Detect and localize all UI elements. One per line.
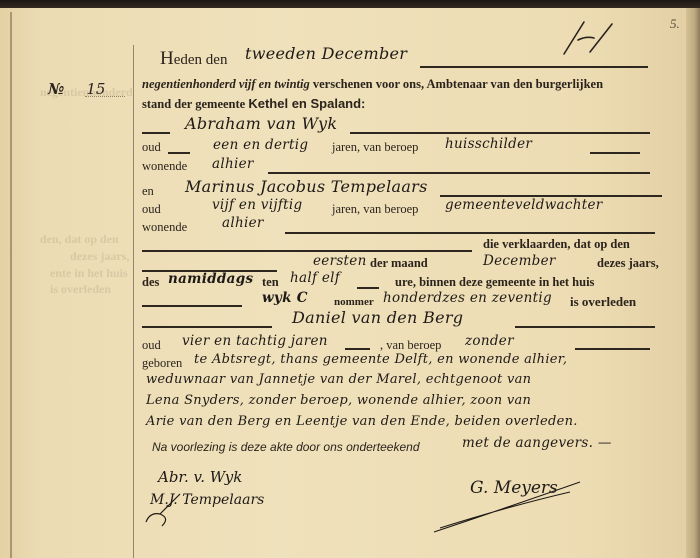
page-number: 5. [670,16,680,32]
handwritten-date: tweeden December [245,44,407,63]
jaren-beroep-label: jaren, van beroep [332,140,418,155]
deceased-occupation: zonder [465,333,514,349]
oud-label: oud [142,338,161,353]
jaren-beroep-label: jaren, van beroep [332,202,418,217]
deceased-age: vier en tachtig jaren [182,333,328,349]
fill-rule [575,348,650,350]
year-text: negentienhonderd vijf en twintig [142,77,310,91]
is-overleden-text: is overleden [570,294,636,310]
informant1-name: Abraham van Wyk [185,114,337,133]
stand-der-gemeente-text: stand der gemeente [142,97,245,111]
des-label: des [142,275,159,290]
ten-label: ten [262,275,279,290]
fill-rule [345,348,370,350]
wonende-label: wonende [142,220,187,235]
spouse-text: Lena Snyders, zonder beroep, wonende alh… [146,393,531,408]
informant1-residence: alhier [212,156,254,172]
line-heden-den: Heden den [160,48,227,70]
fill-rule [142,305,242,307]
bleed-through-text: ente in het huis [50,266,128,281]
number-sign-label: № [48,80,64,98]
bleed-through-text: dezes jaars, [70,249,129,264]
drop-initial: H [160,48,174,69]
marital-status-text: weduwnaar van Jannetje van der Marel, ec… [146,372,531,387]
signature-informant1: Abr. v. Wyk [158,468,242,486]
fill-rule [142,132,170,134]
van-beroep-label: , van beroep [380,338,441,353]
line-year: negentienhonderd vijf en twintig versche… [142,77,603,92]
death-day: eersten [313,253,367,269]
informant1-occupation: huisschilder [445,136,532,152]
dezes-jaars-label: dezes jaars, [597,256,659,271]
fill-rule [168,152,190,154]
geboren-label: geboren [142,356,182,371]
wonende-label: wonende [142,159,187,174]
bleed-through-text: den, dat op den [40,232,119,247]
informant2-occupation: gemeenteveldwachter [445,197,603,213]
deceased-name: Daniel van den Berg [292,308,463,327]
informant1-age: een en dertig [213,137,308,153]
fill-rule [357,287,379,289]
oud-label: oud [142,202,161,217]
parents-text: Arie van den Berg en Leentje van den End… [146,414,578,429]
informant2-age: vijf en vijftig [212,197,302,213]
der-maand-label: der maand [370,256,428,271]
verklaarden-text: die verklaarden, dat op den [483,237,630,252]
left-margin-rule [10,12,12,558]
heden-den-text: eden den [174,52,228,68]
municipality-name: Kethel en Spaland: [248,96,365,111]
fill-rule [590,152,640,154]
time-of-day: namiddags [168,271,253,287]
fill-rule [142,250,472,252]
nommer-label: nommer [334,296,374,308]
en-label: en [142,184,154,199]
fill-rule [268,172,650,174]
act-number-dotted-line [85,96,125,97]
initials-mark-icon [560,18,620,56]
fill-rule [285,232,655,234]
death-month: December [483,253,556,269]
wijk-value: wyk C [262,290,308,306]
page-stack-edge [686,8,700,558]
informant2-residence: alhier [222,215,264,231]
house-number: honderdzes en zeventig [383,290,552,306]
oud-label: oud [142,140,161,155]
fill-rule [515,326,655,328]
birthplace-text: te Abtsregt, thans gemeente Delft, en wo… [194,352,567,367]
binnen-gemeente-text: ure, binnen deze gemeente in het huis [395,275,594,290]
fill-rule [350,132,650,134]
line-stand-der-gemeente: stand der gemeente Kethel en Spaland: [142,96,365,112]
signed-with-informants: met de aangevers. — [462,435,612,451]
column-divider-rule [133,45,134,558]
death-time: half elf [290,270,340,286]
verschenen-text: verschenen voor ons, Ambtenaar van den b… [313,77,603,91]
signature-flourish-icon [140,490,220,530]
voorlezing-text: Na voorlezing is deze akte door ons onde… [152,440,420,454]
fill-rule [420,66,648,68]
registrar-signature-flourish-icon [430,470,590,540]
fill-rule [142,326,272,328]
bleed-through-text: is overleden [50,282,111,297]
informant2-name: Marinus Jacobus Tempelaars [185,177,428,196]
